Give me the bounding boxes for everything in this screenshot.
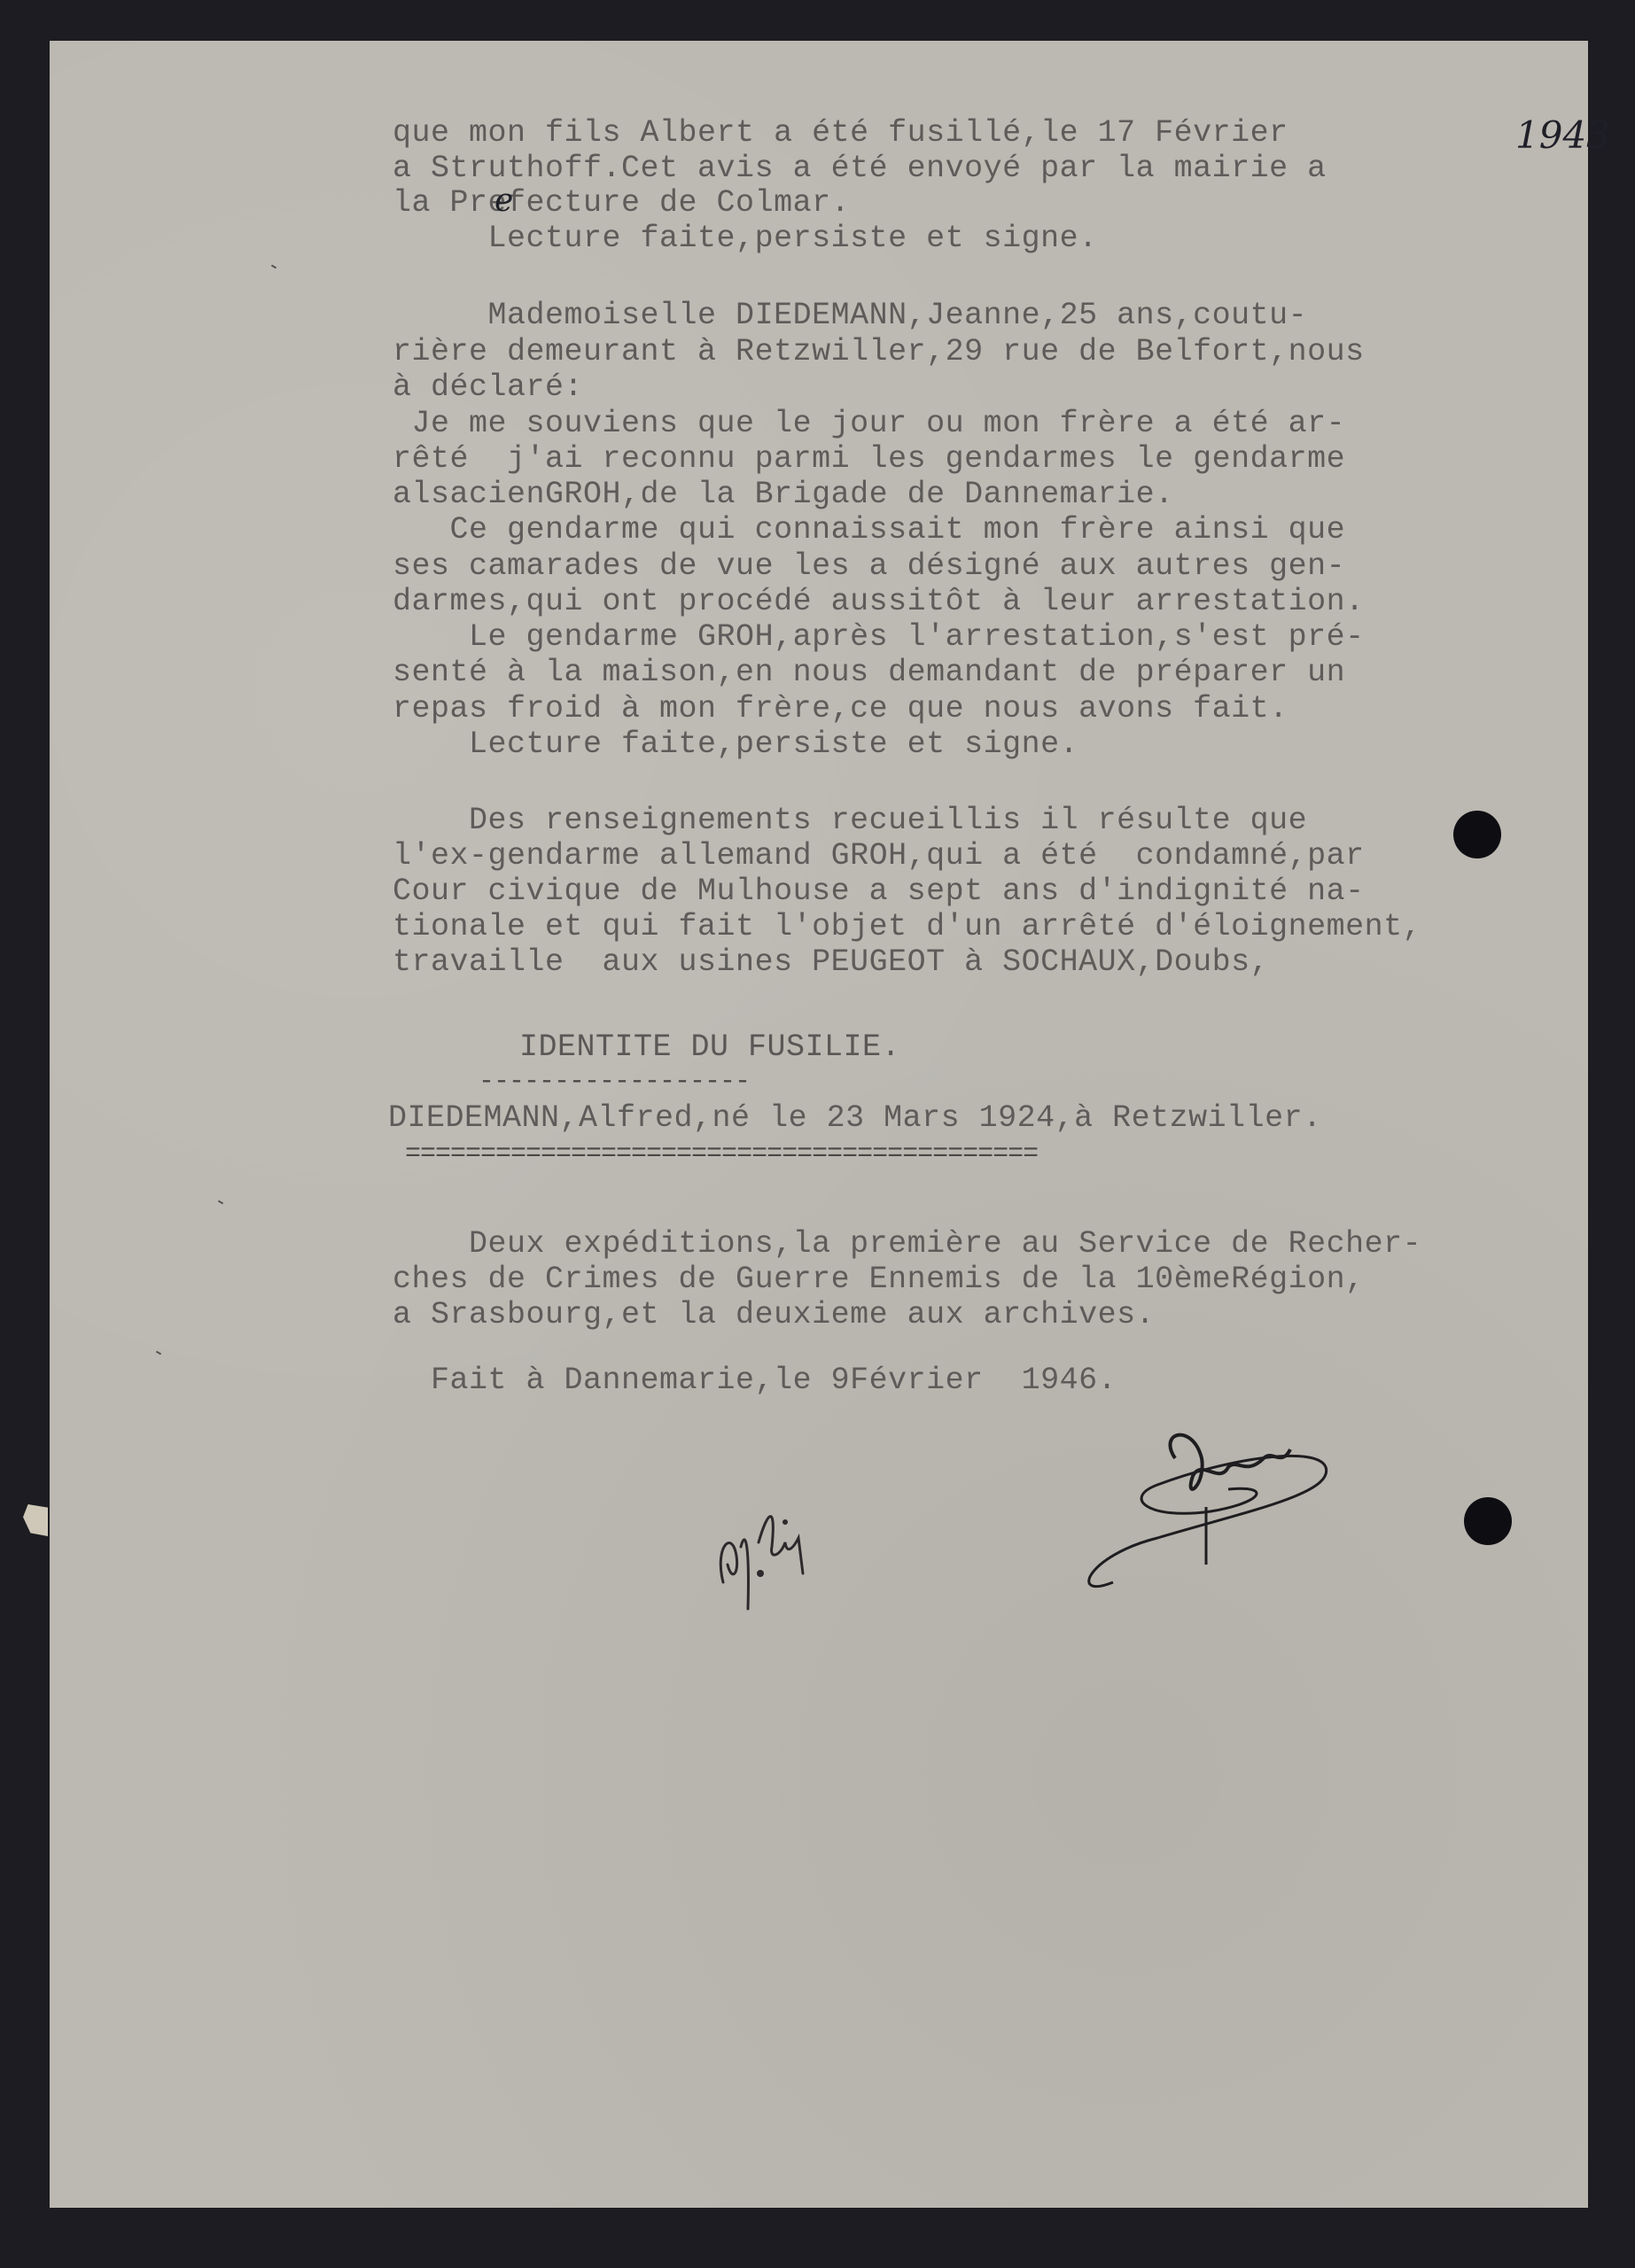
- paragraph-2-line: Lecture faite,persiste et signe.: [393, 726, 1078, 762]
- paragraph-2-line: rière demeurant à Retzwiller,29 rue de B…: [393, 334, 1365, 369]
- paper-speck: [218, 1200, 223, 1205]
- paragraph-2-line: rêté j'ai reconnu parmi les gendarmes le…: [393, 441, 1345, 477]
- paragraph-1-line: Lecture faite,persiste et signe.: [393, 221, 1098, 256]
- paragraph-2-line: darmes,qui ont procédé aussitôt à leur a…: [393, 584, 1365, 619]
- paragraph-2-line: Mademoiselle DIEDEMANN,Jeanne,25 ans,cou…: [393, 298, 1307, 333]
- paragraph-1-line: la Prefecture de Colmar.: [393, 185, 850, 221]
- identity-entry: DIEDEMANN,Alfred,né le 23 Mars 1924,à Re…: [388, 1100, 1322, 1136]
- identity-title-underline: ------------------: [479, 1067, 750, 1097]
- paragraph-3-line: travaille aux usines PEUGEOT à SOCHAUX,D…: [393, 944, 1269, 980]
- paragraph-2-line: Le gendarme GROH,après l'arrestation,s'e…: [393, 619, 1365, 655]
- document-page: que mon fils Albert a été fusillé,le 17 …: [50, 41, 1588, 2208]
- paper-speck: [156, 1351, 161, 1355]
- paragraph-3-line: l'ex-gendarme allemand GROH,qui a été co…: [393, 838, 1365, 874]
- paragraph-4-line: a Srasbourg,et la deuxieme aux archives.: [393, 1297, 1155, 1332]
- left-signature: [705, 1494, 847, 1618]
- handwritten-correction: e: [494, 183, 513, 219]
- paragraph-3-line: tionale et qui fait l'objet d'un arrêté …: [393, 909, 1421, 944]
- handwritten-year: 1943: [1515, 113, 1610, 157]
- paragraph-2-line: Je me souviens que le jour ou mon frère …: [393, 406, 1345, 441]
- paper-speck: [271, 265, 276, 269]
- identity-entry-underline: ========================================…: [405, 1139, 1038, 1169]
- paragraph-2-line: Ce gendarme qui connaissait mon frère ai…: [393, 512, 1345, 548]
- paragraph-1-line: a Struthoff.Cet avis a été envoyé par la…: [393, 151, 1327, 186]
- place-and-date: Fait à Dannemarie,le 9Février 1946.: [393, 1363, 1117, 1398]
- paragraph-3-line: Cour civique de Mulhouse a sept ans d'in…: [393, 874, 1365, 909]
- paragraph-3-line: Des renseignements recueillis il résulte…: [393, 803, 1307, 838]
- paragraph-2-line: à déclaré:: [393, 369, 583, 405]
- paragraph-2-line: repas froid à mon frère,ce que nous avon…: [393, 691, 1289, 726]
- paragraph-2-line: ses camarades de vue les a désigné aux a…: [393, 548, 1345, 584]
- paper-scrap: [23, 1504, 48, 1536]
- paragraph-2-line: senté à la maison,en nous demandant de p…: [393, 655, 1345, 690]
- right-signature: [1051, 1423, 1370, 1618]
- paragraph-4-line: Deux expéditions,la première au Service …: [393, 1226, 1421, 1262]
- text-block: que mon fils Albert a été fusillé,le 17 …: [393, 41, 1580, 2208]
- paragraph-4-line: ches de Crimes de Guerre Ennemis de la 1…: [393, 1262, 1365, 1297]
- paragraph-1-line: que mon fils Albert a été fusillé,le 17 …: [393, 115, 1289, 151]
- paragraph-2-line: alsacienGROH,de la Brigade de Dannemarie…: [393, 477, 1174, 512]
- identity-title: IDENTITE DU FUSILIE.: [519, 1029, 900, 1065]
